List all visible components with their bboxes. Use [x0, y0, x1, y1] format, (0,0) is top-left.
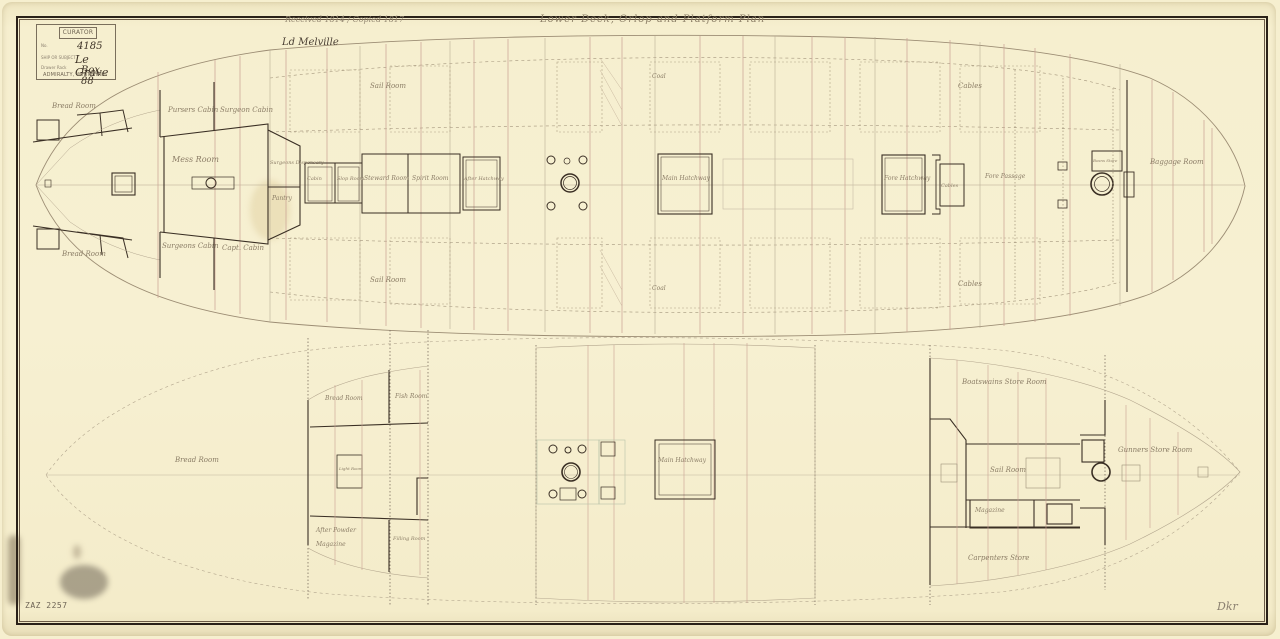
signature-notes: Received 1814 / Copied 1817 — [285, 15, 404, 24]
stamp-ship-label: SHIP OR SUBJECT — [41, 55, 76, 60]
signature: Ld Melville — [282, 37, 339, 48]
reference-number: ZAZ 2257 — [25, 601, 68, 610]
stamp-number-label: No. — [41, 43, 48, 48]
drawing-border-inner — [19, 19, 1265, 622]
stamp-footer: ADMIRALTY, WHITEHALL — [43, 72, 107, 78]
curator-stamp: CURATOR No. 4185 SHIP OR SUBJECT Le Grav… — [36, 24, 116, 80]
draughtsman-initials: Dkr — [1217, 600, 1238, 613]
stamp-header: CURATOR — [59, 27, 97, 39]
drawing-sheet: Bread Room Bread Room Pursers Cabin Surg… — [0, 0, 1280, 639]
drawing-title: Lower Deck, Orlop and Platform Plan — [540, 14, 765, 25]
stamp-number: 4185 — [77, 41, 102, 52]
stamp-drawer-label: Drawer Rack — [41, 65, 66, 70]
